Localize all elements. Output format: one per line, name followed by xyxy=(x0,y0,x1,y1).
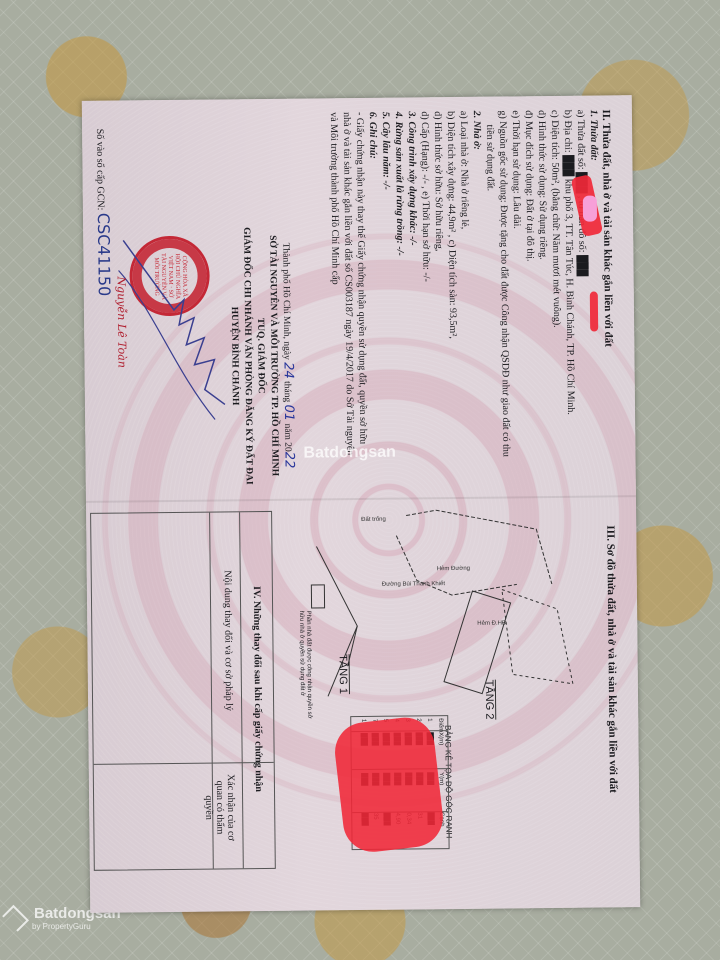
land-plot-diagram: Đất trống Hẻm Đường Đường Bùi Thanh Khiế… xyxy=(286,474,578,707)
org-line: SỞ TÀI NGUYÊN VÀ MÔI TRƯỜNG TP. HỒ CHÍ M… xyxy=(265,227,281,485)
section-iv-title: IV. Những thay đổi sau khi cấp giấy chứn… xyxy=(251,586,264,792)
coord-cell: X(m) xyxy=(437,732,443,772)
signature-block: Thành phố Hồ Chí Minh, ngày 24 tháng 01 … xyxy=(226,227,296,485)
changes-col-confirm: Xác nhận của cơ quan có thẩm quyền xyxy=(203,772,237,842)
watermark-text: Batdongsan xyxy=(303,444,396,462)
registry-label: Số vào sổ cấp GCN: xyxy=(94,129,106,211)
year-label: năm 20 xyxy=(282,423,292,451)
changes-col-content: Nội dung thay đổi và cơ sở pháp lý xyxy=(221,570,235,711)
date-day: 24 xyxy=(281,362,296,379)
coord-cell: Điểm xyxy=(437,718,443,732)
section-ii: II. Thửa đất, nhà ở và tài sản khác gắn … xyxy=(327,109,616,458)
legend-text: Phần nhà đất được công nhận quyền sở hữu… xyxy=(297,611,312,731)
diagram-label: Hẻm Đường xyxy=(437,566,470,572)
signer-name: Nguyễn Lê Toàn xyxy=(115,276,129,368)
redaction-mark xyxy=(583,196,597,222)
changes-table: IV. Những thay đổi sau khi cấp giấy chứn… xyxy=(90,511,276,871)
coord-table-rows: ĐiểmX(m)Y(m)Cạnh1█████████2██████313████… xyxy=(351,716,447,717)
issue-date: Thành phố Hồ Chí Minh, ngày 24 tháng 01 … xyxy=(278,227,296,485)
watermark-subtext: by PropertyGuru xyxy=(32,922,121,931)
date-month: 01 xyxy=(281,405,296,422)
diagram-label: Đường Bùi Thanh Khiết xyxy=(382,581,446,588)
date-prefix: Thành phố Hồ Chí Minh, ngày xyxy=(280,243,291,360)
center-watermark: Batdongsan xyxy=(303,444,396,463)
redaction-scribble xyxy=(332,714,446,855)
org-line: GIÁM ĐỐC CHI NHÁNH VĂN PHÒNG ĐĂNG KÝ ĐẤT… xyxy=(239,227,255,485)
legend-swatch xyxy=(311,584,325,608)
floor-2-label: TẦNG 2 xyxy=(483,680,496,720)
month-label: tháng xyxy=(282,381,292,402)
handwritten-signature xyxy=(113,229,235,430)
land-certificate-page: II. Thửa đất, nhà ở và tài sản khác gắn … xyxy=(82,95,640,913)
floor-1-label: TẦNG 1 xyxy=(337,654,350,694)
diagram-label: Đất trống xyxy=(361,517,386,523)
redaction-mark xyxy=(590,292,598,332)
registry-number: Số vào sổ cấp GCN: CSC41150 xyxy=(93,129,114,297)
section-iii-title: III. Sơ đồ thửa đất, nhà ở và tài sản kh… xyxy=(604,525,619,793)
date-year: 22 xyxy=(281,452,296,469)
diagram-label: Hẻm Đ.HĐ xyxy=(477,620,507,626)
house-logo-icon xyxy=(2,905,29,932)
registry-value: CSC41150 xyxy=(94,213,114,297)
